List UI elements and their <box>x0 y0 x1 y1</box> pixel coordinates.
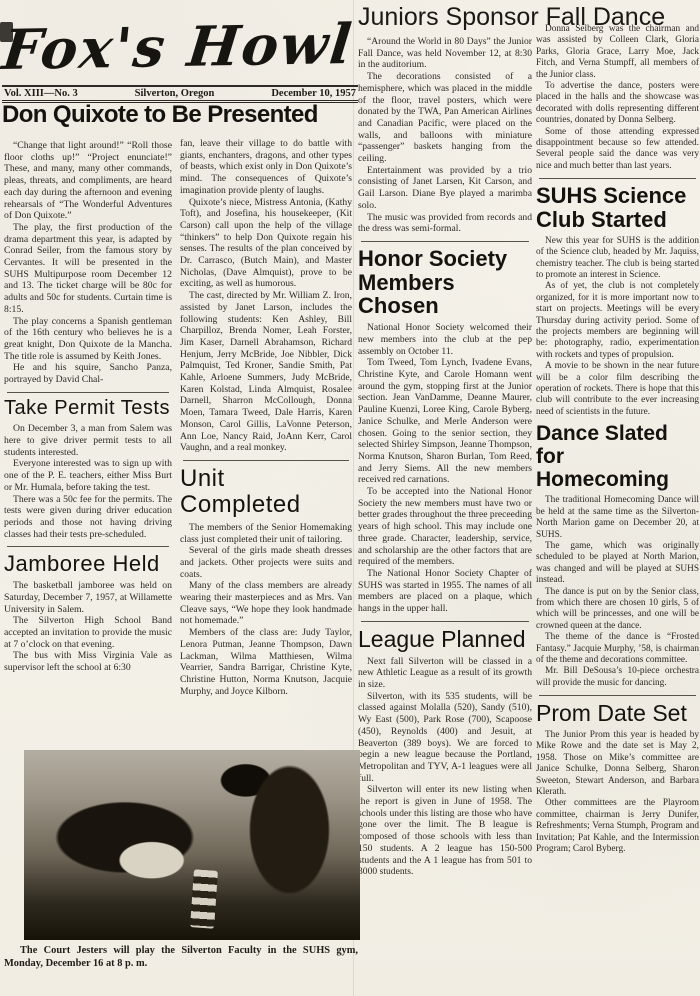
court-jesters-photo <box>24 750 360 940</box>
headline-line: Members Chosen <box>358 270 455 319</box>
striped-sock-detail <box>190 869 218 929</box>
article-paragraph: The theme of the dance is “Frosted Fanta… <box>536 632 699 666</box>
article-paragraph: The cast, directed by Mr. William Z. Iro… <box>180 290 352 454</box>
article-paragraph: The play, the first production of the dr… <box>4 222 172 316</box>
article-paragraph: New this year for SUHS is the addition o… <box>536 236 699 282</box>
rule-divider <box>361 241 529 242</box>
headline-line: Honor Society <box>358 246 507 271</box>
rule-divider <box>539 695 696 696</box>
article-paragraph: The dance is put on by the Senior class,… <box>536 587 699 633</box>
headline-line: SUHS Science <box>536 183 686 208</box>
science-club-headline: SUHS Science Club Started <box>536 184 699 232</box>
article-paragraph: There was a 50c fee for the permits. The… <box>4 494 172 541</box>
article-paragraph: Some of those attending expressed disapp… <box>536 127 699 173</box>
article-paragraph: Quixote’s niece, Mistress Antonia, (Kath… <box>180 197 352 291</box>
rule-divider <box>7 392 169 393</box>
article-paragraph: “Around the World in 80 Days” the Junior… <box>358 36 532 71</box>
article-paragraph: Several of the girls made sheath dresses… <box>180 545 352 580</box>
photo-caption: The Court Jesters will play the Silverto… <box>4 944 358 970</box>
article-paragraph: Donna Selberg was the chairman and was a… <box>536 24 699 81</box>
article-paragraph: Everyone interested was to sign up with … <box>4 458 172 493</box>
permit-tests-headline: Take Permit Tests <box>4 398 172 420</box>
jamboree-headline: Jamboree Held <box>4 552 172 576</box>
rule-divider <box>361 621 529 622</box>
issue-date: December 10, 1957 <box>271 88 356 99</box>
publication-location: Silverton, Oregon <box>135 88 215 99</box>
don-quixote-headline: Don Quixote to Be Presented <box>2 101 354 129</box>
article-paragraph: On December 3, a man from Salem was here… <box>4 423 172 458</box>
volume-number: Vol. XIII—No. 3 <box>4 88 78 99</box>
rule-divider <box>7 546 169 547</box>
article-paragraph: The Junior Prom this year is headed by M… <box>536 730 699 798</box>
article-paragraph: Entertainment was provided by a trio con… <box>358 165 532 212</box>
article-paragraph: fan, leave their village to do battle wi… <box>180 138 352 197</box>
article-paragraph: The members of the Senior Homemaking cla… <box>180 522 352 545</box>
article-paragraph: The basketball jamboree was held on Satu… <box>4 580 172 615</box>
column-2: fan, leave their village to do battle wi… <box>180 138 352 744</box>
prom-date-headline: Prom Date Set <box>536 701 699 726</box>
article-paragraph: The bus with Miss Virginia Vale as super… <box>4 650 172 673</box>
rule-divider <box>539 178 696 179</box>
article-paragraph: The music was provided from records and … <box>358 212 532 235</box>
article-paragraph: Next fall Silverton will be classed in a… <box>358 656 532 691</box>
article-paragraph: Many of the class members are already we… <box>180 580 352 627</box>
honor-society-headline: Honor Society Members Chosen <box>358 247 532 318</box>
headline-line: Club Started <box>536 207 667 232</box>
newspaper-page: Fox's Howl Vol. XIII—No. 3 Silverton, Or… <box>0 0 700 996</box>
article-paragraph: The Silverton High School Band accepted … <box>4 615 172 650</box>
article-paragraph: To be accepted into the National Honor S… <box>358 486 532 568</box>
article-paragraph: National Honor Society welcomed their ne… <box>358 322 532 357</box>
article-paragraph: Silverton will enter its new listing whe… <box>358 784 532 878</box>
article-paragraph: The traditional Homecoming Dance will be… <box>536 495 699 541</box>
article-paragraph: The National Honor Society Chapter of SU… <box>358 568 532 615</box>
article-paragraph: Tom Tweed, Tom Lynch, Ivadene Evans, Chr… <box>358 357 532 486</box>
article-paragraph: Other committees are the Playroom commit… <box>536 798 699 855</box>
article-paragraph: The game, which was originally scheduled… <box>536 541 699 587</box>
homecoming-headline: Dance Slated for Homecoming <box>536 423 699 491</box>
column-3: “Around the World in 80 Days” the Junior… <box>358 36 532 996</box>
article-paragraph: Silverton, with its 535 students, will b… <box>358 691 532 785</box>
headline-line: Dance Slated <box>536 422 668 445</box>
article-paragraph: To advertise the dance, posters were pla… <box>536 81 699 127</box>
article-paragraph: “Change that light around!” “Roll those … <box>4 140 172 222</box>
unit-completed-headline: Unit Completed <box>180 466 352 518</box>
article-paragraph: A movie to be shown in the near future w… <box>536 361 699 418</box>
article-paragraph: Members of the class are: Judy Taylor, L… <box>180 627 352 697</box>
masthead-title: Fox's Howl <box>4 5 353 87</box>
article-paragraph: As of yet, the club is not completely or… <box>536 281 699 361</box>
league-planned-headline: League Planned <box>358 627 532 652</box>
article-paragraph: The play concerns a Spanish gentleman of… <box>4 316 172 363</box>
column-4: Donna Selberg was the chairman and was a… <box>536 24 699 996</box>
article-paragraph: He and his squire, Sancho Panza, portray… <box>4 362 172 385</box>
article-paragraph: The decorations consisted of a hemispher… <box>358 71 532 165</box>
article-paragraph: Mr. Bill DeSousa’s 10-piece orchestra wi… <box>536 666 699 689</box>
headline-line: for Homecoming <box>536 445 669 491</box>
rule-divider <box>183 460 349 461</box>
column-1: “Change that light around!” “Roll those … <box>4 140 172 740</box>
